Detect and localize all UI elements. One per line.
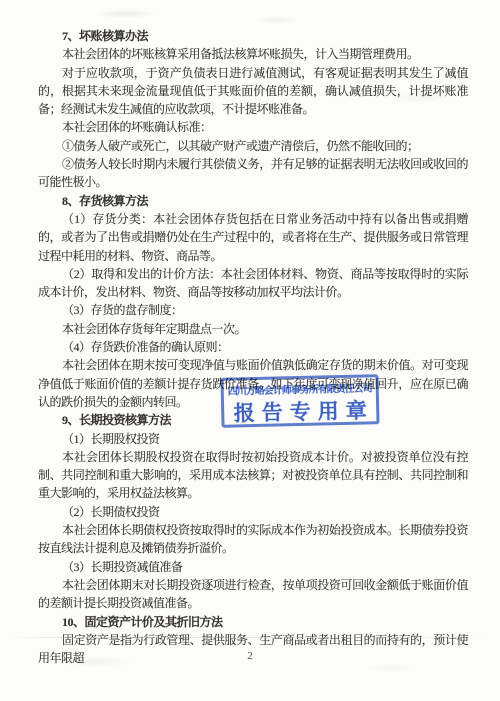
document-page: 7、坏账核算办法 本社会团体的坏账核算采用备抵法核算坏账损失，计入当期管理费用。… (0, 0, 500, 701)
paragraph: 对于应收款项，于资产负债表日进行减值测试，有客观证据表明其发生了减值的，根据其未… (38, 64, 468, 119)
paragraph: （1）长期股权投资 (38, 430, 468, 448)
section-heading: 7、坏账核算办法 (38, 27, 468, 45)
company-seal-stamp: 四川方略会计师事务所有限责任公司 报告专用章 (220, 374, 379, 428)
paragraph: 本社会团体长期债权投资按取得时的实际成本作为初始投资成本。长期债券投资按直线法计… (38, 521, 468, 558)
paragraph: ①债务人破产或死亡，以其破产财产或遗产清偿后，仍然不能收回的； (38, 137, 468, 155)
paragraph: 本社会团体的坏账核算采用备抵法核算坏账损失，计入当期管理费用。 (38, 45, 468, 63)
page-number: 2 (0, 650, 500, 662)
section-heading: 10、固定资产计价及其折旧方法 (38, 613, 468, 631)
paragraph: ②债务人较长时期内未履行其偿债义务，并有足够的证据表明无法收回或收回的可能性极小… (38, 155, 468, 192)
paragraph: 本社会团体存货每年定期盘点一次。 (38, 320, 468, 338)
paragraph: （4）存货跌价准备的确认原则： (38, 338, 468, 356)
stamp-title: 报告专用章 (224, 394, 384, 428)
paragraph: 本社会团体期末对长期投资逐项进行检查，按单项投资可回收金额低于账面价值的差额计提… (38, 576, 468, 613)
document-content: 7、坏账核算办法 本社会团体的坏账核算采用备抵法核算坏账损失，计入当期管理费用。… (38, 27, 468, 667)
paragraph: （2）取得和发出的计价方法：本社会团体材料、物资、商品等按取得时的实际成本计价，… (38, 265, 468, 302)
paragraph: 本社会团体的坏账确认标准： (38, 118, 468, 136)
paragraph: （3）长期投资减值准备 (38, 558, 468, 576)
paragraph: （3）存货的盘存制度： (38, 301, 468, 319)
paragraph: 本社会团体长期股权投资在取得时按初始投资成本计价。对被投资单位没有控制、共同控制… (38, 448, 468, 503)
paragraph: （2）长期债权投资 (38, 503, 468, 521)
section-heading: 8、存货核算方法 (38, 192, 468, 210)
paragraph: （1）存货分类：本社会团体存货包括在日常业务活动中持有以备出售或捐赠的，或者为了… (38, 210, 468, 265)
